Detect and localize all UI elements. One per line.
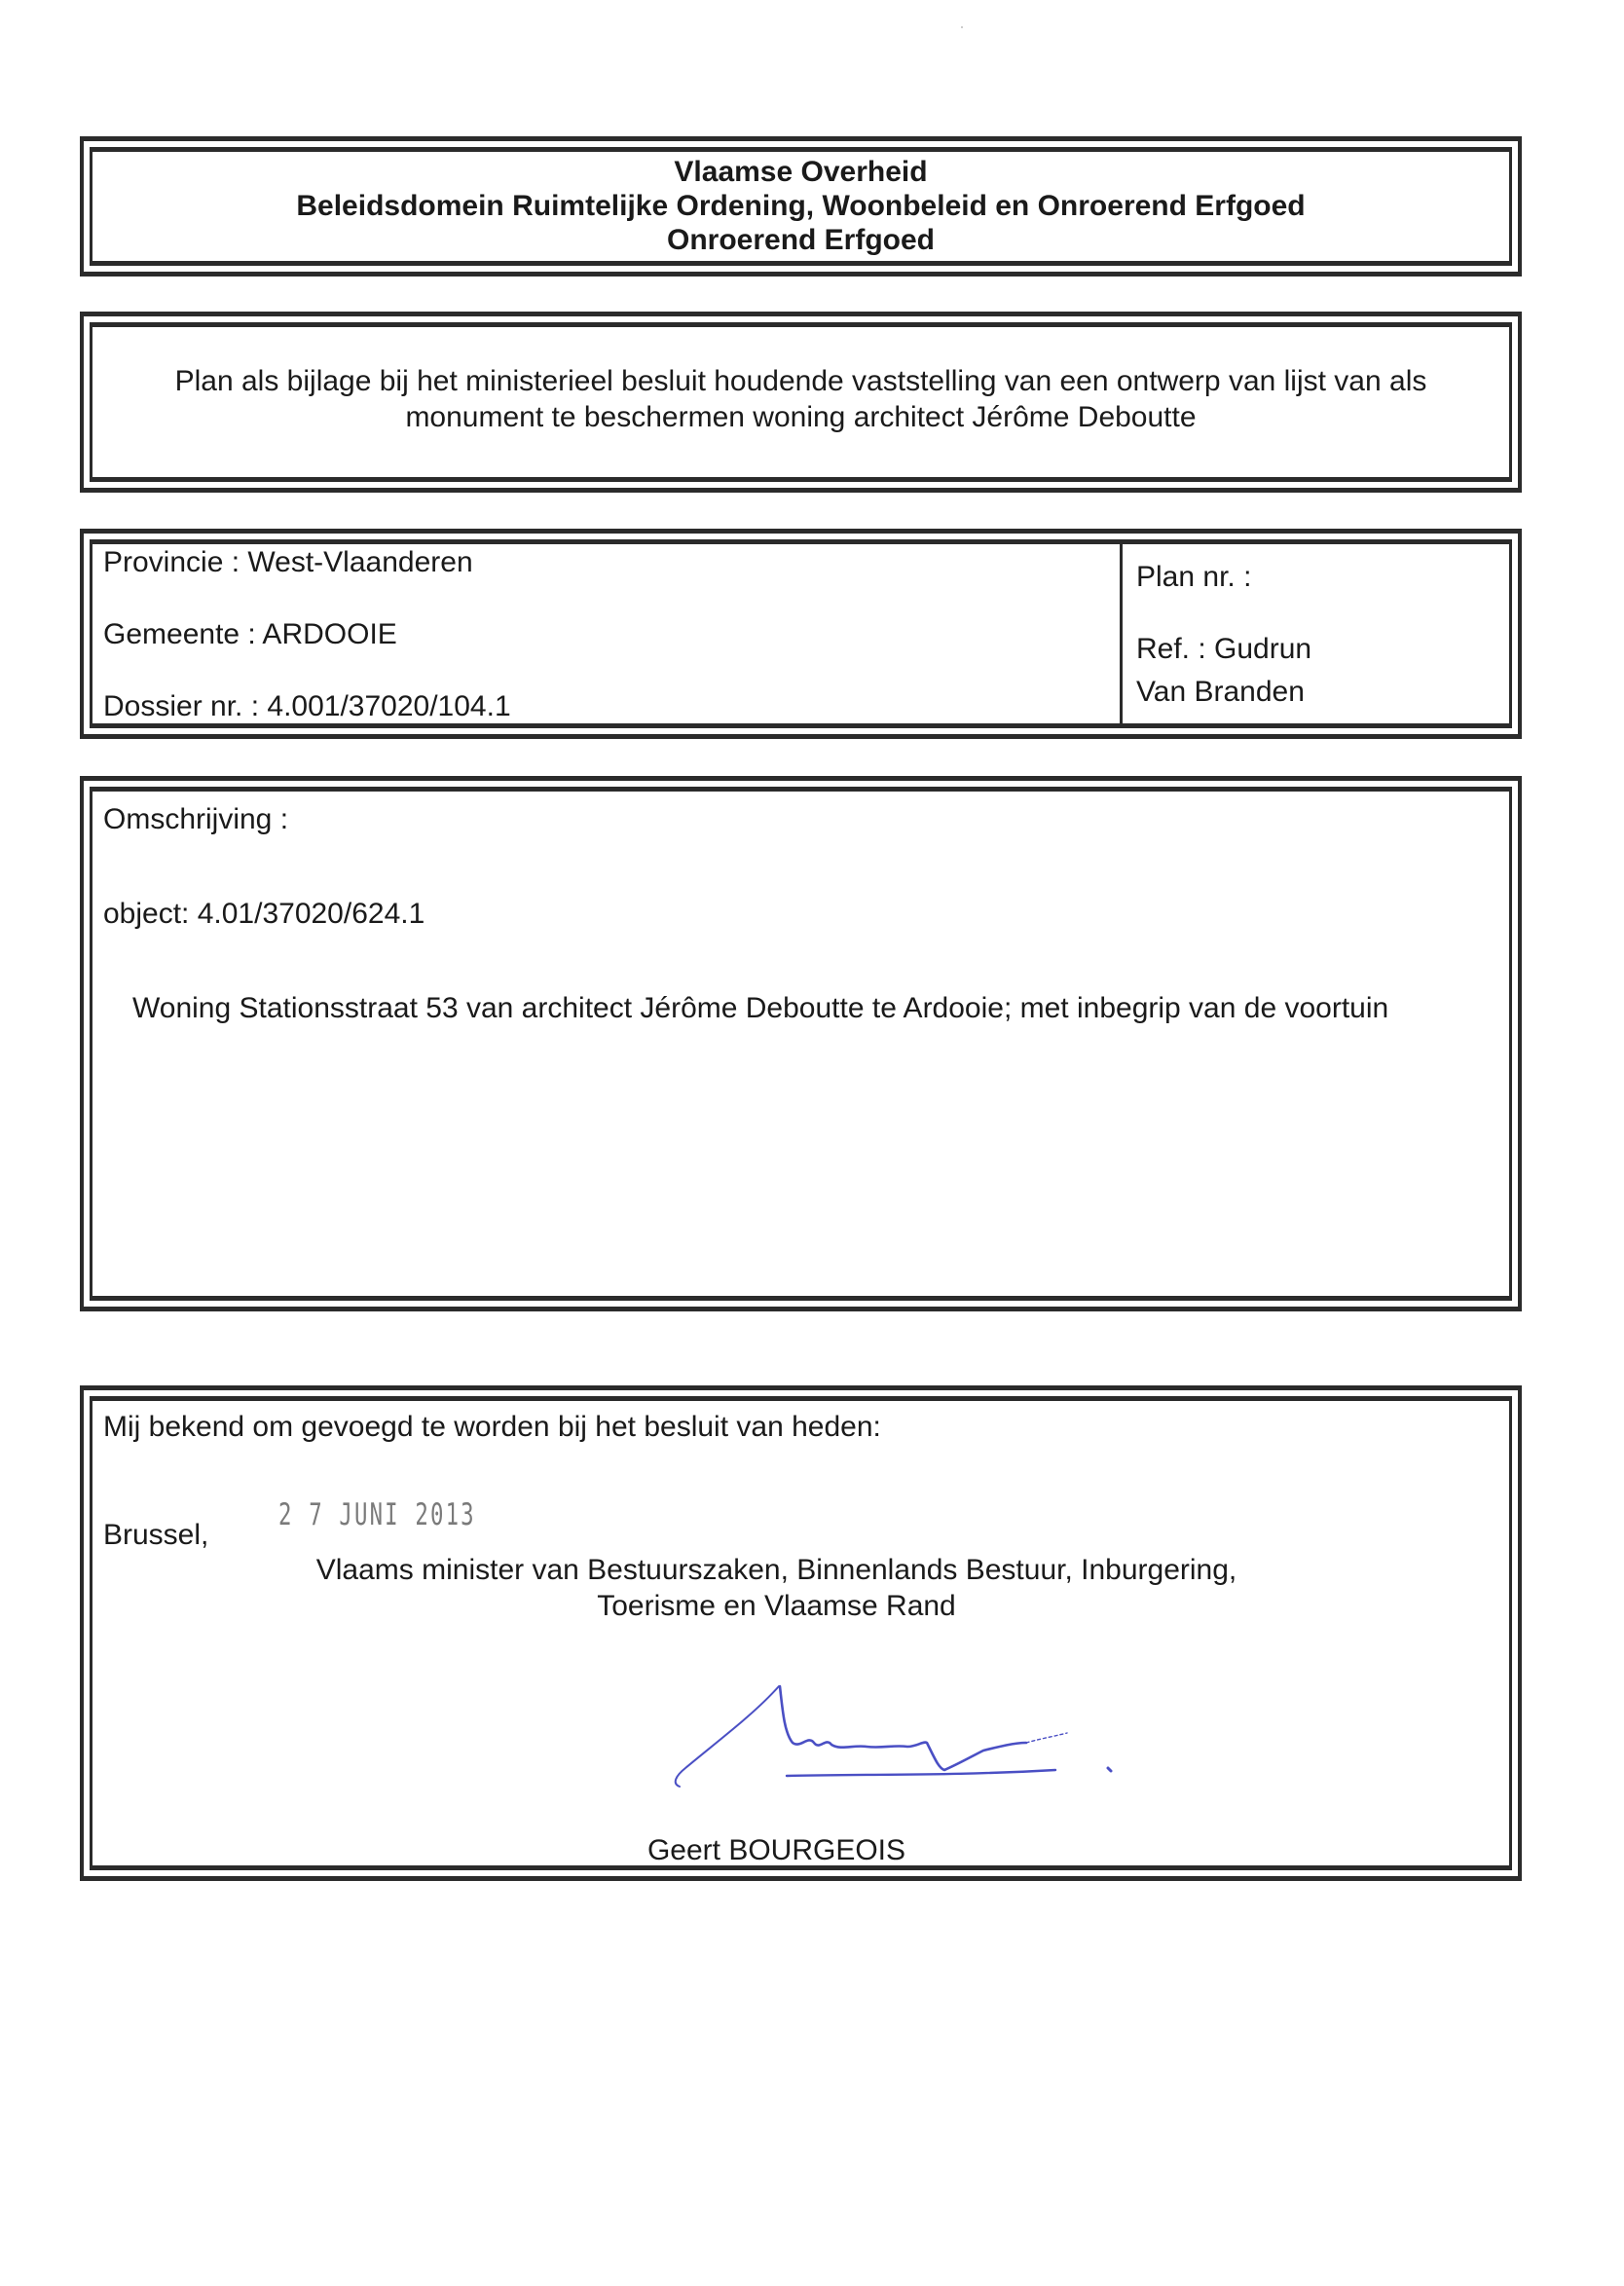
ref-field-line-2: Van Branden xyxy=(1136,675,1305,710)
details-box: Provincie : West-Vlaanderen Gemeente : A… xyxy=(80,529,1522,739)
description-box-inner xyxy=(90,787,1512,1301)
minister-line-2: Toerisme en Vlaamse Rand xyxy=(84,1589,1518,1624)
ref-field-line-1: Ref. : Gudrun xyxy=(1136,632,1311,667)
title-box: Plan als bijlage bij het ministerieel be… xyxy=(80,312,1522,493)
scan-speck xyxy=(961,26,963,28)
signature-icon xyxy=(662,1675,1168,1811)
signatory-name: Geert BOURGEOIS xyxy=(84,1833,1518,1868)
title-line-2: monument te beschermen woning architect … xyxy=(84,400,1518,435)
header-line-2: Beleidsdomein Ruimtelijke Ordening, Woon… xyxy=(84,188,1518,224)
details-divider xyxy=(1120,544,1123,723)
gemeente-field: Gemeente : ARDOOIE xyxy=(103,617,397,652)
place-label: Brussel, xyxy=(103,1518,208,1553)
dossier-field: Dossier nr. : 4.001/37020/104.1 xyxy=(103,689,511,724)
date-stamp: 2 7 JUNI 2013 xyxy=(278,1497,476,1532)
object-number: object: 4.01/37020/624.1 xyxy=(103,897,424,932)
plan-nr-field: Plan nr. : xyxy=(1136,560,1251,595)
description-label: Omschrijving : xyxy=(103,802,288,837)
title-line-1: Plan als bijlage bij het ministerieel be… xyxy=(84,364,1518,399)
provincie-field: Provincie : West-Vlaanderen xyxy=(103,545,473,580)
header-line-3: Onroerend Erfgoed xyxy=(84,222,1518,258)
header-line-1: Vlaamse Overheid xyxy=(84,154,1518,190)
header-box: Vlaamse Overheid Beleidsdomein Ruimtelij… xyxy=(80,136,1522,277)
description-box: Omschrijving : object: 4.01/37020/624.1 … xyxy=(80,776,1522,1311)
minister-line-1: Vlaams minister van Bestuurszaken, Binne… xyxy=(84,1553,1518,1588)
signature-intro: Mij bekend om gevoegd te worden bij het … xyxy=(103,1410,881,1445)
description-text: Woning Stationsstraat 53 van architect J… xyxy=(132,991,1388,1026)
